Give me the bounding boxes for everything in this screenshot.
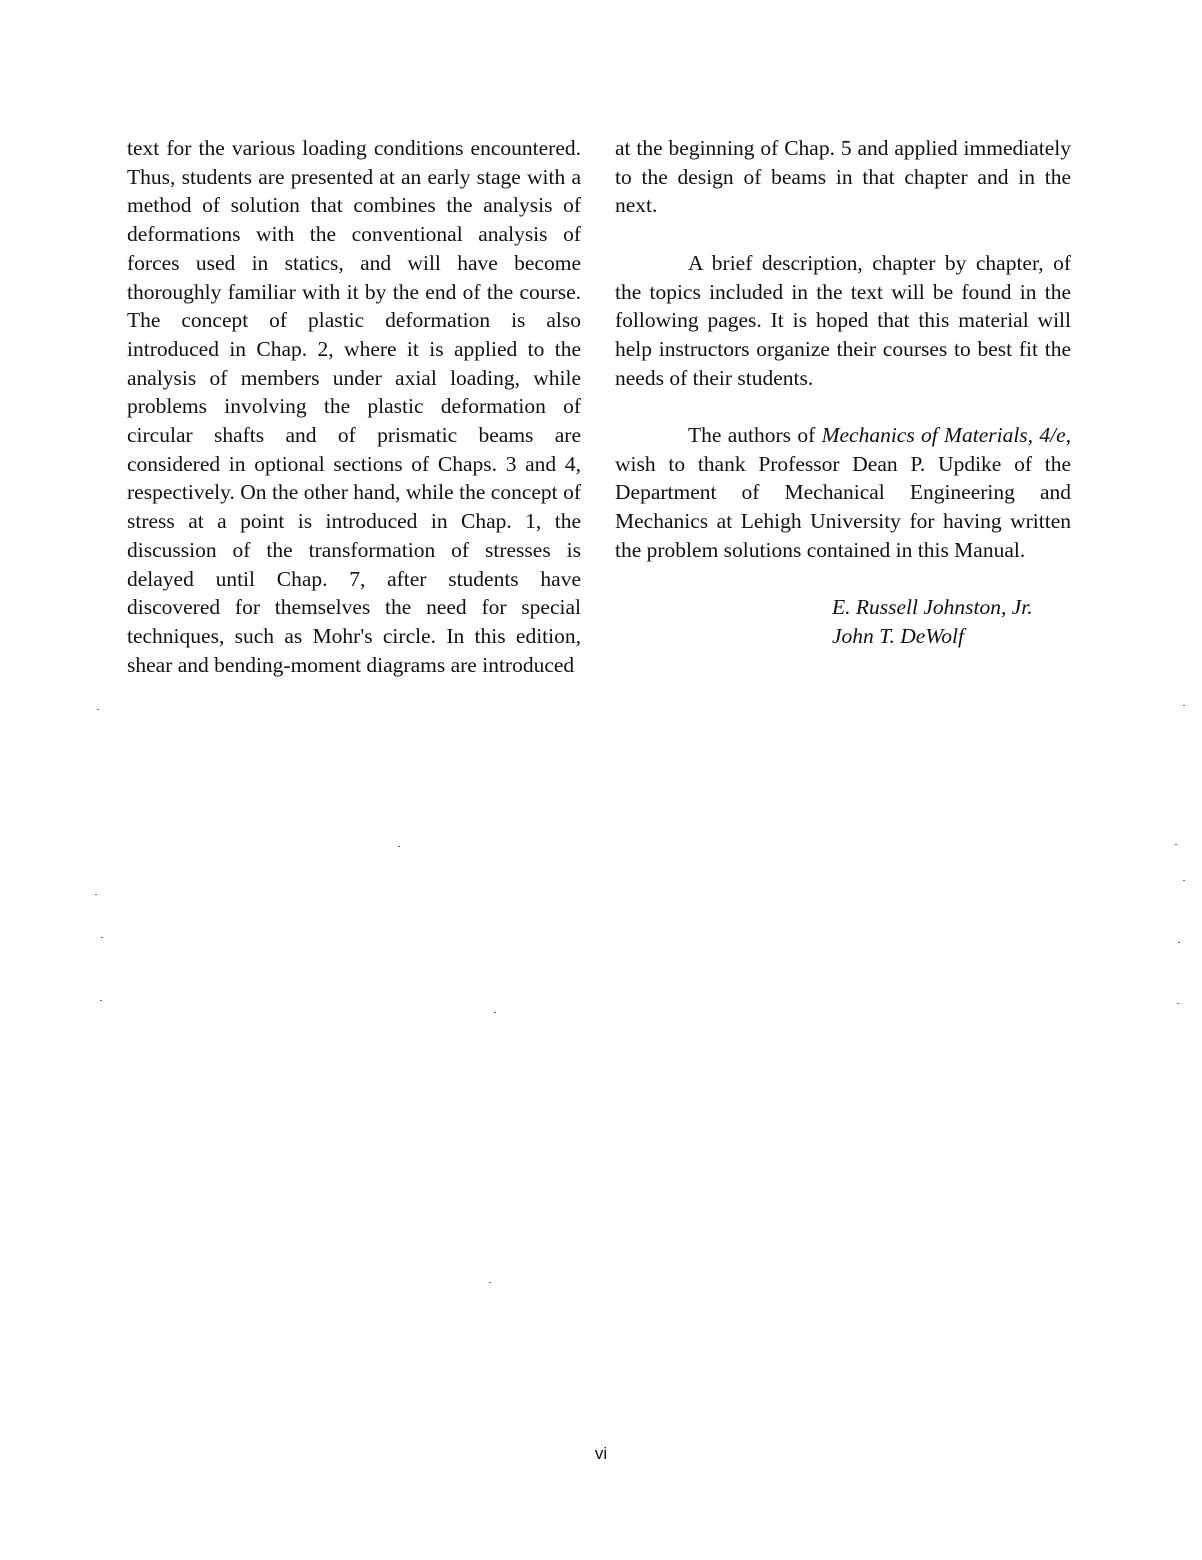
left-column: text for the various loading conditions …: [127, 134, 581, 679]
scan-artifact: [97, 709, 99, 710]
description-paragraph: A brief description, chapter by chapter,…: [615, 249, 1071, 393]
scan-artifact: [1178, 942, 1180, 943]
right-column: at the beginning of Chap. 5 and applied …: [615, 134, 1071, 651]
scan-artifact: [1177, 1003, 1179, 1004]
body-paragraph-continued: at the beginning of Chap. 5 and applied …: [615, 134, 1071, 220]
book-title: Mechanics of Materials, 4/e: [822, 423, 1066, 447]
scan-artifact: [1183, 705, 1185, 706]
ack-lead: The authors of: [688, 423, 822, 447]
author-signature-1: E. Russell Johnston, Jr.: [832, 593, 1071, 622]
page-number: vi: [0, 1444, 1202, 1464]
scan-artifact: [494, 1012, 496, 1013]
scan-artifact: [398, 846, 400, 847]
scan-artifact: [101, 937, 103, 938]
scan-artifact: [1175, 844, 1177, 845]
acknowledgement-paragraph: The authors of Mechanics of Materials, 4…: [615, 421, 1071, 565]
author-signature-2: John T. DeWolf: [832, 622, 1071, 651]
body-paragraph: text for the various loading conditions …: [127, 134, 581, 679]
scan-artifact: [489, 1282, 491, 1283]
scan-artifact: [95, 894, 97, 895]
scan-artifact: [1183, 880, 1185, 881]
scan-artifact: [100, 1000, 102, 1001]
